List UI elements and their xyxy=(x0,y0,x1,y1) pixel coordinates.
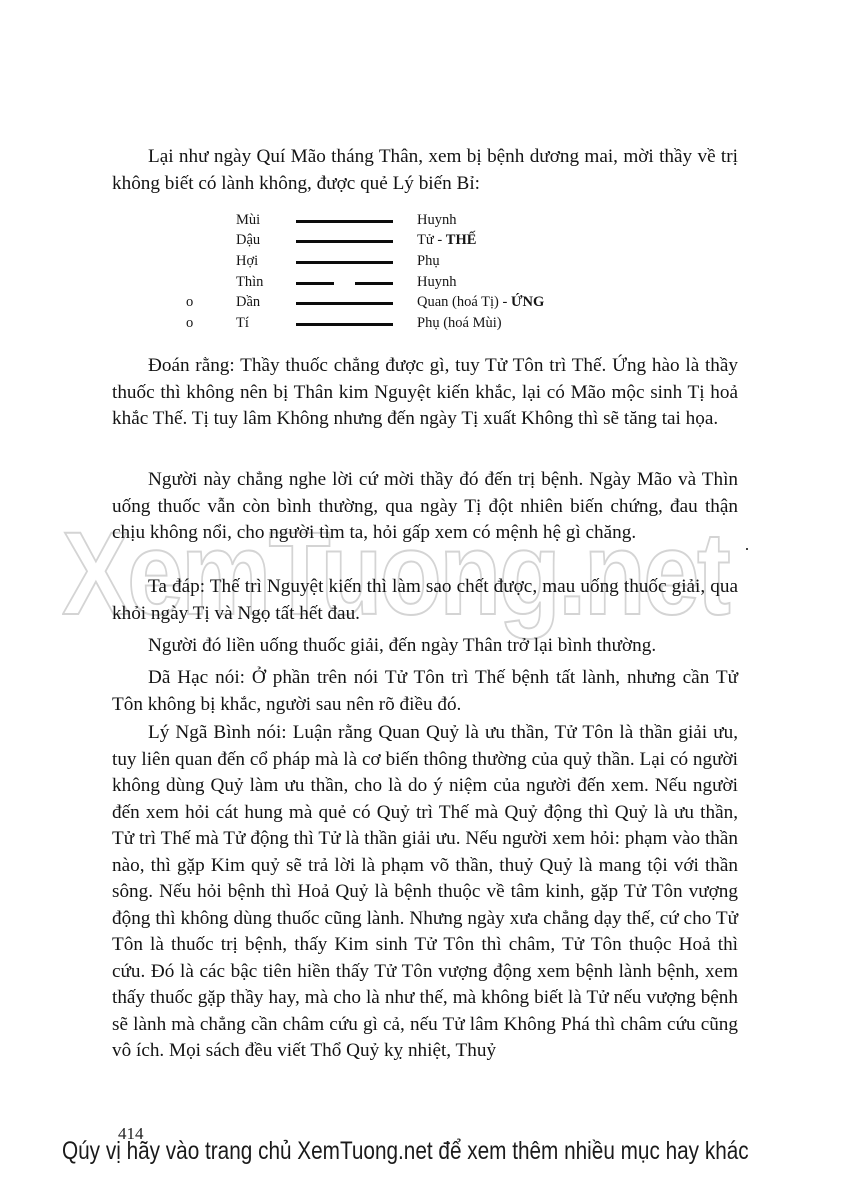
earthly-branch: Dậu xyxy=(236,232,260,249)
line-relation: Phụ xyxy=(417,253,440,270)
yang-line-icon xyxy=(296,220,393,224)
intro-paragraph: Lại như ngày Quí Mão tháng Thân, xem bị … xyxy=(112,144,738,197)
scan-speck xyxy=(746,548,748,550)
paragraph-5: Dã Hạc nói: Ở phần trên nói Tử Tôn trì T… xyxy=(112,665,738,718)
yang-line-icon xyxy=(296,261,393,265)
earthly-branch: Tí xyxy=(236,315,249,332)
earthly-branch: Dần xyxy=(236,294,260,311)
line-relation: Tử - THẾ xyxy=(417,232,476,249)
moving-line-mark: o xyxy=(186,294,193,311)
earthly-branch: Hợi xyxy=(236,253,258,270)
footer-banner: Qúy vị hãy vào trang chủ XemTuong.net để… xyxy=(62,1137,749,1166)
moving-line-mark: o xyxy=(186,315,193,332)
line-relation: Quan (hoá Tị) - ỨNG xyxy=(417,294,544,311)
line-relation: Huynh xyxy=(417,274,456,291)
yang-line-icon xyxy=(296,302,393,306)
yin-line-icon xyxy=(296,282,393,286)
yang-line-icon xyxy=(296,323,393,327)
yang-line-icon xyxy=(296,240,393,244)
paragraph-1: Đoán rằng: Thầy thuốc chẳng được gì, tuy… xyxy=(112,353,738,433)
earthly-branch: Mùi xyxy=(236,212,260,229)
paragraph-4: Người đó liền uống thuốc giải, đến ngày … xyxy=(112,633,738,660)
line-relation: Phụ (hoá Mùi) xyxy=(417,315,502,332)
book-page: XemTuong.net Lại như ngày Quí Mão tháng … xyxy=(0,0,850,1182)
paragraph-2: Người này chẳng nghe lời cứ mời thầy đó … xyxy=(112,467,738,547)
paragraph-6: Lý Ngã Bình nói: Luận rằng Quan Quỷ là ư… xyxy=(112,720,738,1065)
line-relation: Huynh xyxy=(417,212,456,229)
earthly-branch: Thìn xyxy=(236,274,263,291)
paragraph-3: Ta đáp: Thế trì Nguyệt kiến thì làm sao … xyxy=(112,574,738,627)
